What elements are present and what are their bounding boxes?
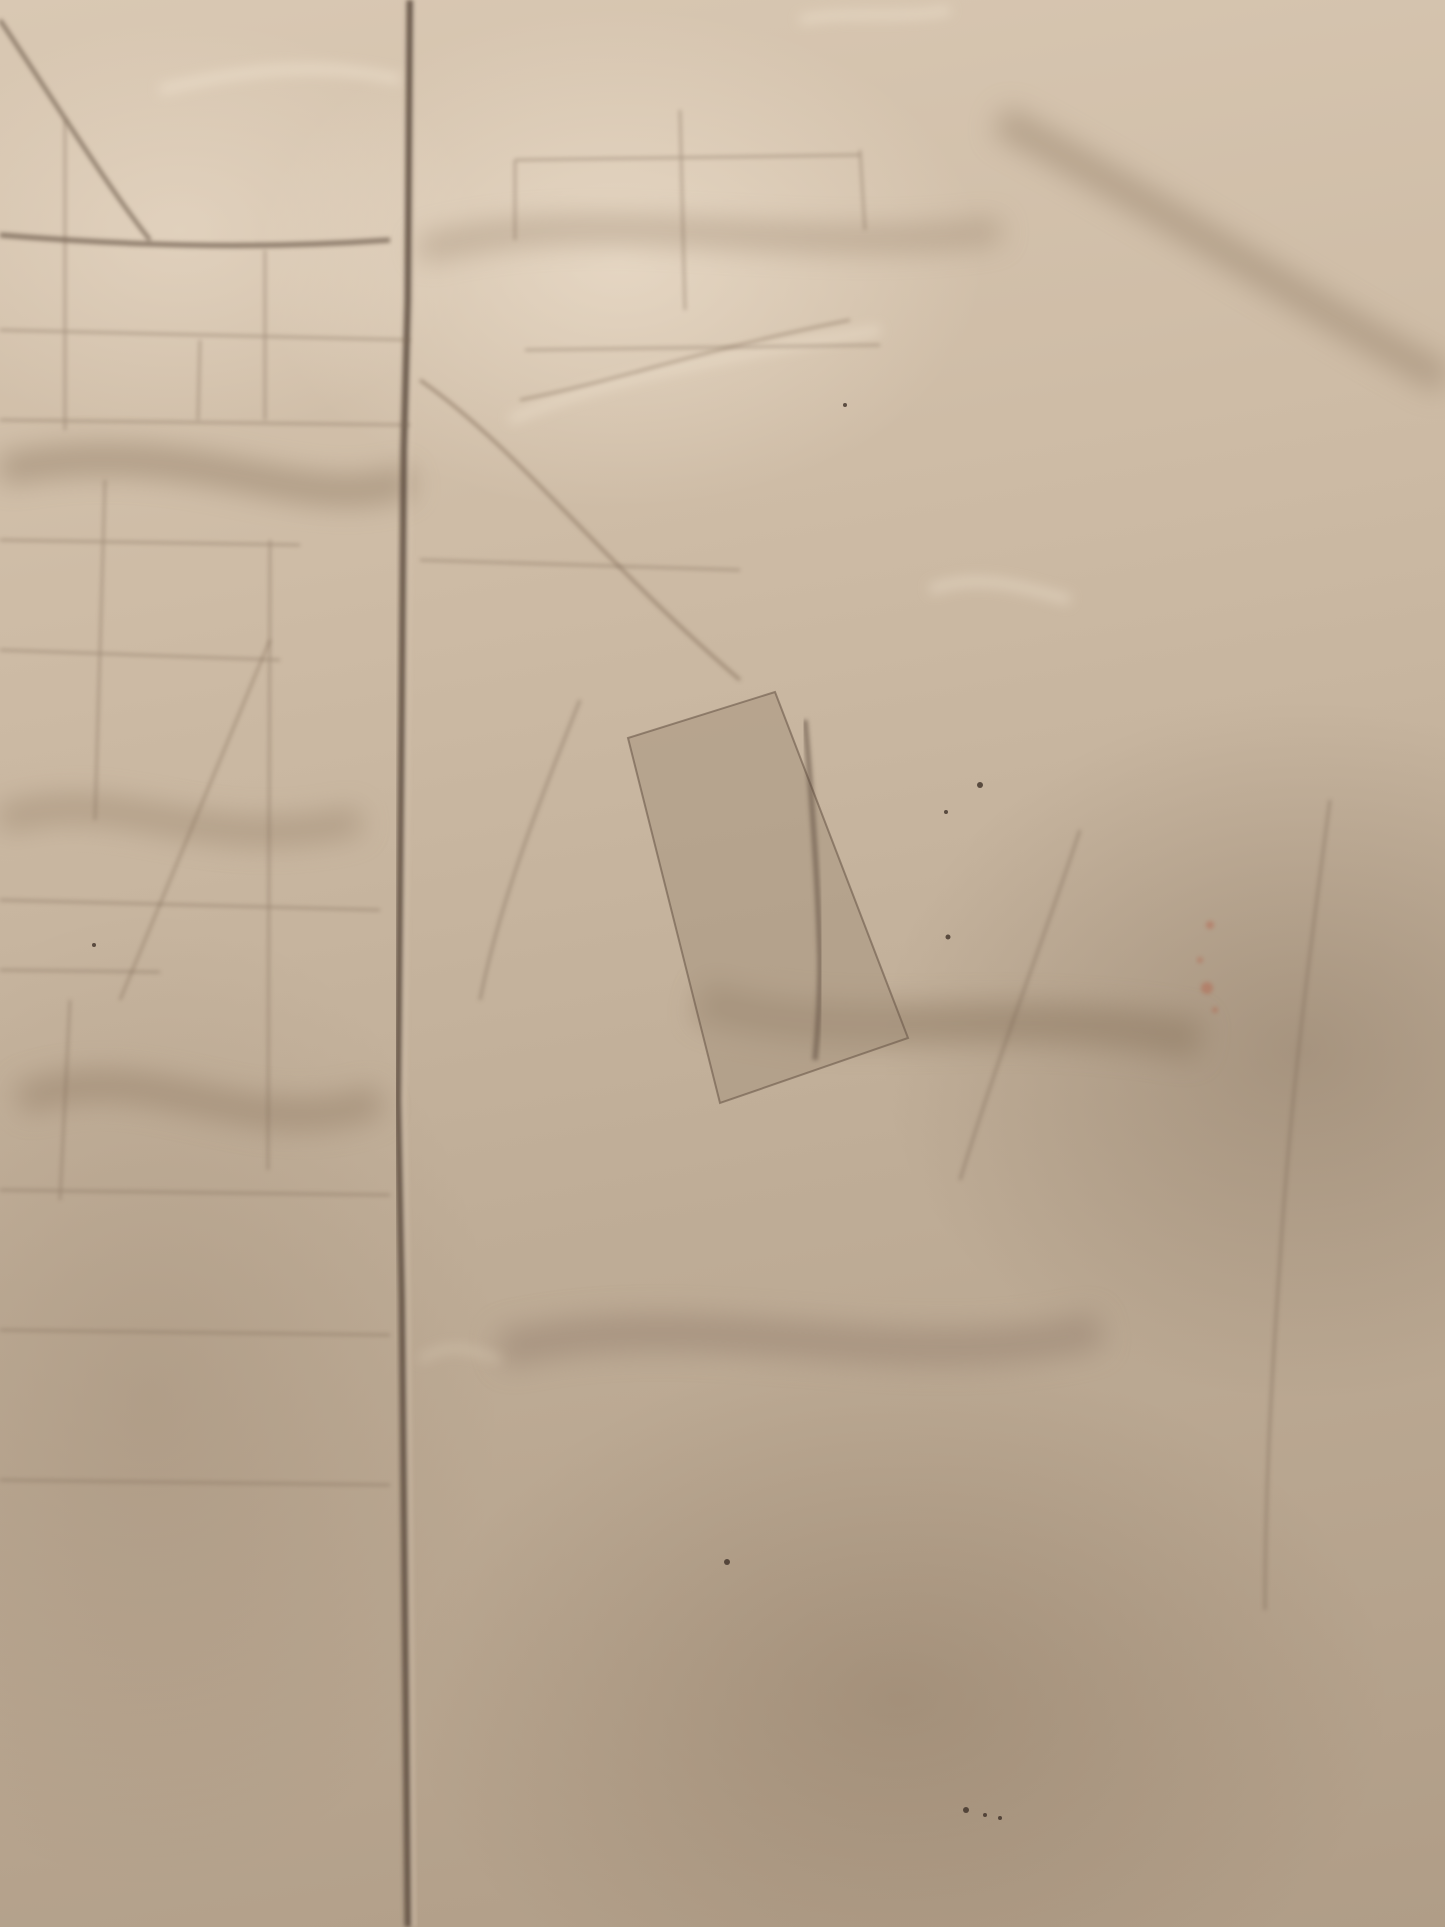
red-marks [1197, 921, 1218, 1013]
tape-strip [628, 692, 908, 1103]
center-fold [398, 0, 416, 1927]
paper-photo: Creased paper with pencil lines and tape [0, 0, 1445, 1927]
paper-texture-layer [0, 0, 1445, 1927]
